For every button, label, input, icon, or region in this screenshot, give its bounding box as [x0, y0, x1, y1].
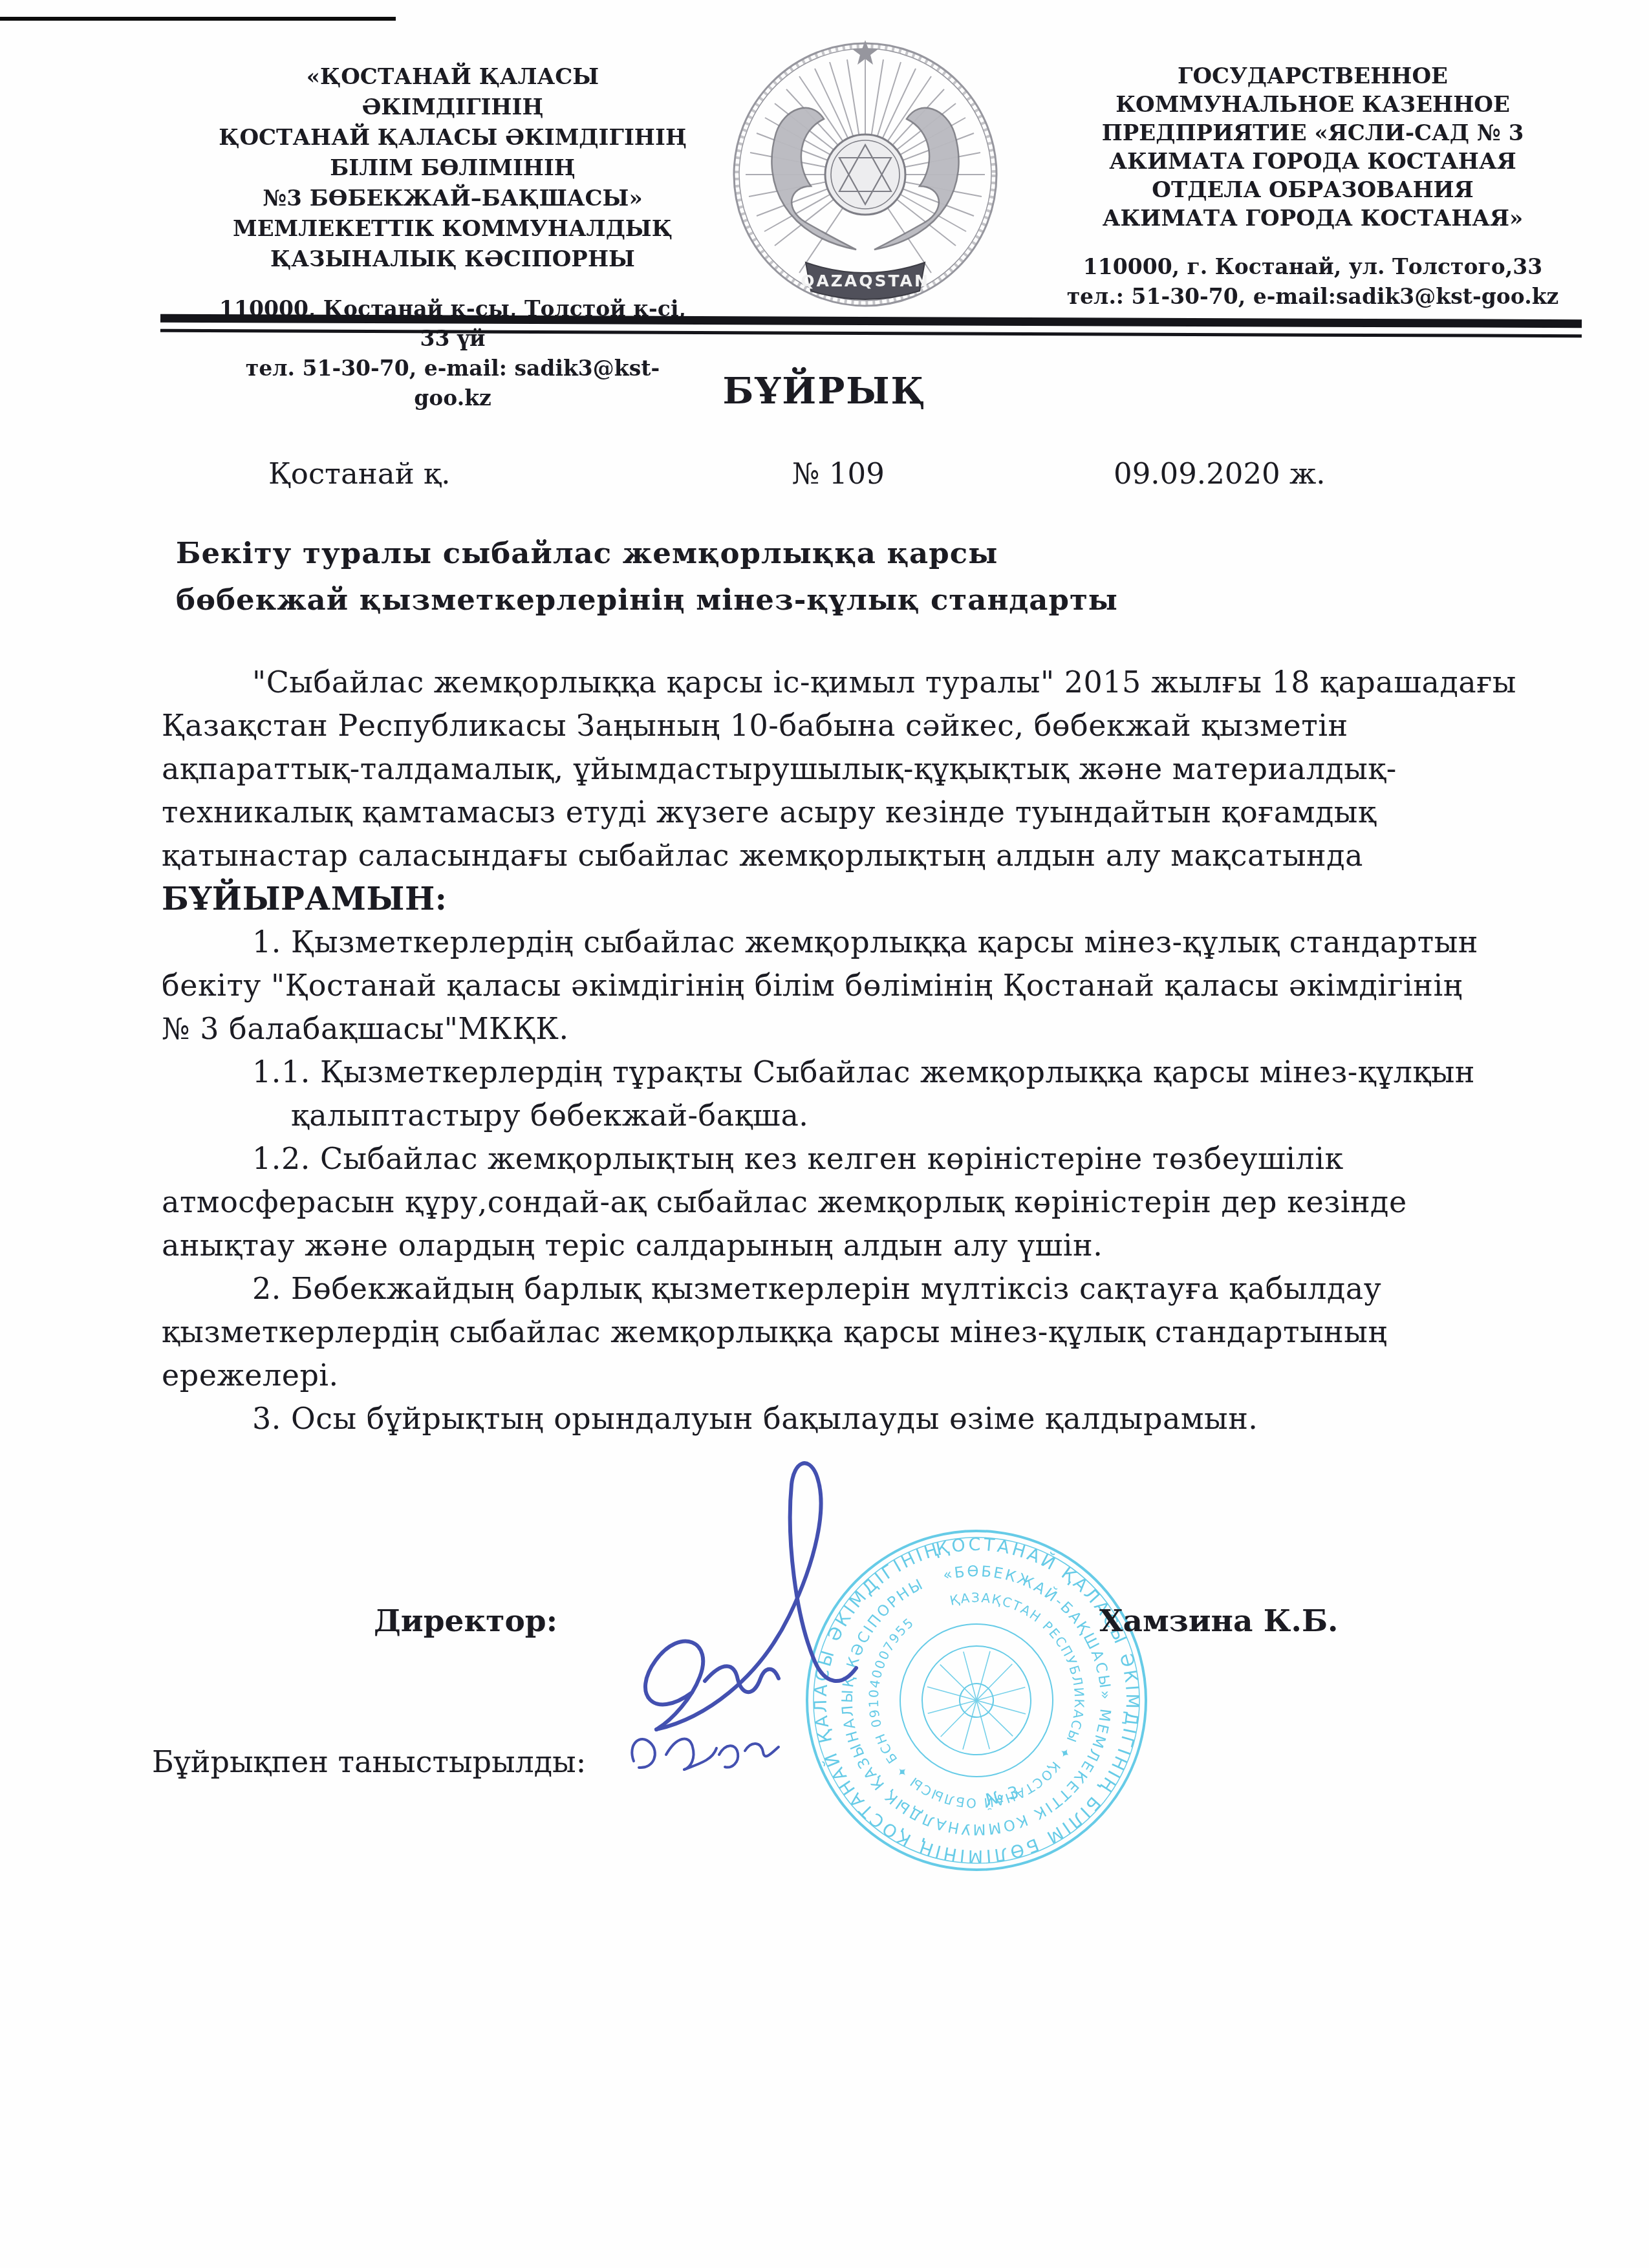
letterhead-left: «ҚОСТАНАЙ ҚАЛАСЫ ӘКІМДІГІНІҢ ҚОСТАНАЙ ҚА…	[213, 62, 692, 413]
org-name-line: №3 БӨБЕКЖАЙ–БАҚШАСЫ»	[213, 184, 692, 214]
kazakhstan-emblem-icon: QAZAQSTAN	[729, 36, 1001, 310]
org-name-line: КОММУНАЛЬНОЕ КАЗЕННОЕ	[1048, 91, 1578, 119]
body-line: қатынастар саласындағы сыбайлас жемқорлы…	[162, 834, 1584, 877]
org-name-line: ОТДЕЛА ОБРАЗОВАНИЯ	[1048, 176, 1578, 204]
body-line: 1.2. Сыбайлас жемқорлықтың кез келген кө…	[162, 1137, 1584, 1181]
org-name-line: АКИМАТА ГОРОДА КОСТАНАЯ	[1048, 147, 1578, 176]
acknowledged-label: Бұйрықпен таныстырылды:	[152, 1744, 586, 1779]
order-place: Қостанай қ.	[268, 456, 451, 491]
body-line: 1. Қызметкерлердің сыбайлас жемқорлыққа …	[162, 921, 1584, 964]
org-name-line: ПРЕДПРИЯТИЕ «ЯСЛИ-САД № 3	[1048, 119, 1578, 147]
body-line: 1.1. Қызметкерлердің тұрақты Сыбайлас же…	[162, 1051, 1584, 1094]
document-title: БҰЙРЫҚ	[0, 370, 1649, 412]
body-line: анықтау және олардың теріс салдарының ал…	[162, 1224, 1584, 1267]
org-name-line: «ҚОСТАНАЙ ҚАЛАСЫ ӘКІМДІГІНІҢ	[213, 62, 692, 123]
org-name-line: АКИМАТА ГОРОДА КОСТАНАЯ»	[1048, 204, 1578, 233]
body-line: 3. Осы бұйрықтың орындалуын бақылауды өз…	[162, 1397, 1584, 1440]
order-subject: Бекіту туралы сыбайлас жемқорлыққа қарсы…	[176, 530, 1118, 623]
emblem-banner-text: QAZAQSTAN	[801, 272, 930, 290]
org-name-line: БІЛІМ БӨЛІМІНІҢ	[213, 153, 692, 184]
subject-line: бөбекжай қызметкерлерінің мінез-құлық ст…	[176, 577, 1118, 623]
body-line-resolution: БҰЙЫРАМЫН:	[162, 877, 1584, 921]
body-line: 2. Бөбекжайдың барлық қызметкерлерін мүл…	[162, 1267, 1584, 1311]
body-line: қалыптастыру бөбекжай-бақша.	[162, 1094, 1584, 1137]
body-line: ережелері.	[162, 1354, 1584, 1397]
body-line: Қазақстан Республикасы Заңының 10-бабына…	[162, 704, 1584, 747]
address-line: 110000, г. Костанай, ул. Толстого,33	[1048, 252, 1578, 282]
org-name-line: ГОСУДАРСТВЕННОЕ	[1048, 62, 1578, 91]
body-line: атмосферасын құру,сондай-ақ сыбайлас жем…	[162, 1181, 1584, 1224]
director-label: Директор:	[374, 1603, 557, 1639]
org-address: 110000, г. Костанай, ул. Толстого,33 тел…	[1048, 252, 1578, 312]
org-name-line: ҚАЗЫНАЛЫҚ КӘСІПОРНЫ	[213, 244, 692, 275]
org-name-line: МЕМЛЕКЕТТІК КОММУНАЛДЫҚ	[213, 214, 692, 244]
scanned-order-document: «ҚОСТАНАЙ ҚАЛАСЫ ӘКІМДІГІНІҢ ҚОСТАНАЙ ҚА…	[0, 0, 1649, 2268]
org-name-line: ҚОСТАНАЙ ҚАЛАСЫ ӘКІМДІГІНІҢ	[213, 123, 692, 153]
director-name: Хамзина К.Б.	[1099, 1603, 1338, 1639]
address-line: тел.: 51-30-70, e-mail:sadik3@kst-goo.kz	[1048, 282, 1578, 312]
body-line: бекіту "Қостанай қаласы әкімдігінің білі…	[162, 964, 1584, 1007]
body-line: "Сыбайлас жемқорлыққа қарсы іс-қимыл тур…	[162, 661, 1584, 704]
acknowledgement-signature	[614, 1715, 795, 1799]
order-body: "Сыбайлас жемқорлыққа қарсы іс-қимыл тур…	[162, 661, 1584, 1440]
body-line: ақпараттық-талдамалық, ұйымдастырушылық-…	[162, 747, 1584, 791]
body-line: қызметкерлердің сыбайлас жемқорлыққа қар…	[162, 1311, 1584, 1354]
order-date: 09.09.2020 ж.	[1114, 456, 1326, 491]
director-signature	[595, 1447, 931, 1757]
body-line: № 3 балабақшасы"МКҚК.	[162, 1007, 1584, 1051]
letterhead-right: ГОСУДАРСТВЕННОЕ КОММУНАЛЬНОЕ КАЗЕННОЕ ПР…	[1048, 62, 1578, 312]
order-number: № 109	[792, 456, 885, 491]
body-line: техникалық қамтамасыз етуді жүзеге асыру…	[162, 791, 1584, 834]
stamp-center-number: № 3	[984, 1783, 1021, 1810]
subject-line: Бекіту туралы сыбайлас жемқорлыққа қарсы	[176, 530, 1118, 577]
scan-artifact-line	[0, 17, 396, 21]
